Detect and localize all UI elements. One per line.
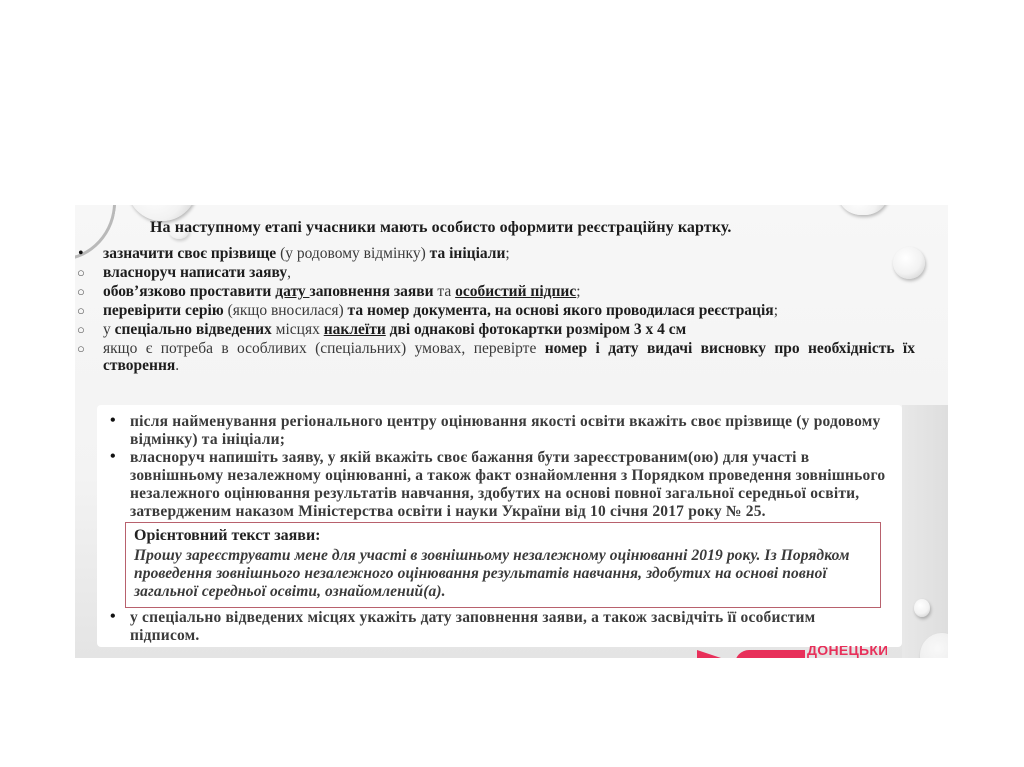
circle-bullet-icon: ○ (77, 283, 85, 300)
bullet-icon: • (110, 412, 116, 430)
sample-application-title: Орієнтовний текст заяви: (134, 527, 872, 545)
circle-bullet-icon: ○ (77, 340, 85, 357)
bullet-icon: • (110, 448, 116, 466)
university-logo: ДОНЕЦЬКИЙ (697, 646, 887, 658)
logo-text: ДОНЕЦЬКИЙ (807, 646, 887, 658)
logo-arc-icon (735, 650, 805, 658)
sample-application-box: Орієнтовний текст заяви: Прошу зареєстру… (125, 522, 881, 608)
instructions-panel: • після найменування регіонального центр… (97, 405, 902, 647)
requirement-item: ○у спеціально відведених місцях наклеїти… (75, 321, 915, 338)
requirement-item: ○перевірити серію (якщо вносилася) та но… (75, 302, 915, 319)
logo-shape-icon (697, 650, 727, 658)
bullet-icon: • (110, 608, 116, 626)
decorative-bubble-top-right (837, 205, 889, 215)
requirement-item: ○обов’язково проставити дату заповнення … (75, 283, 915, 300)
instructions-list: • після найменування регіонального центр… (107, 413, 887, 645)
instruction-item: • після найменування регіонального центр… (107, 413, 887, 449)
circle-bullet-icon: ○ (77, 321, 85, 338)
decorative-bubble-corner (920, 633, 948, 658)
requirement-item: ○якщо є потреба в особливих (спеціальних… (75, 340, 915, 374)
requirements-list: •зазначити своє прізвище (у родовому від… (75, 245, 915, 376)
circle-bullet-icon: ○ (77, 264, 85, 281)
instruction-item: • у спеціально відведених місцях укажіть… (107, 609, 887, 645)
instruction-item: • власноруч напишіть заяву, у якій вкажі… (107, 449, 887, 521)
slide-heading: На наступному етапі учасники мають особи… (150, 219, 731, 237)
decorative-bubble-frame (914, 599, 930, 617)
requirement-item: •зазначити своє прізвище (у родовому від… (75, 245, 915, 262)
presentation-slide: На наступному етапі учасники мають особи… (75, 205, 948, 658)
decorative-frame-right (902, 405, 948, 658)
sample-application-text: Прошу зареєструвати мене для участі в зо… (134, 547, 872, 601)
circle-bullet-icon: ○ (77, 302, 85, 319)
bullet-icon: • (78, 245, 84, 262)
requirement-item: ○власноруч написати заяву, (75, 264, 915, 281)
